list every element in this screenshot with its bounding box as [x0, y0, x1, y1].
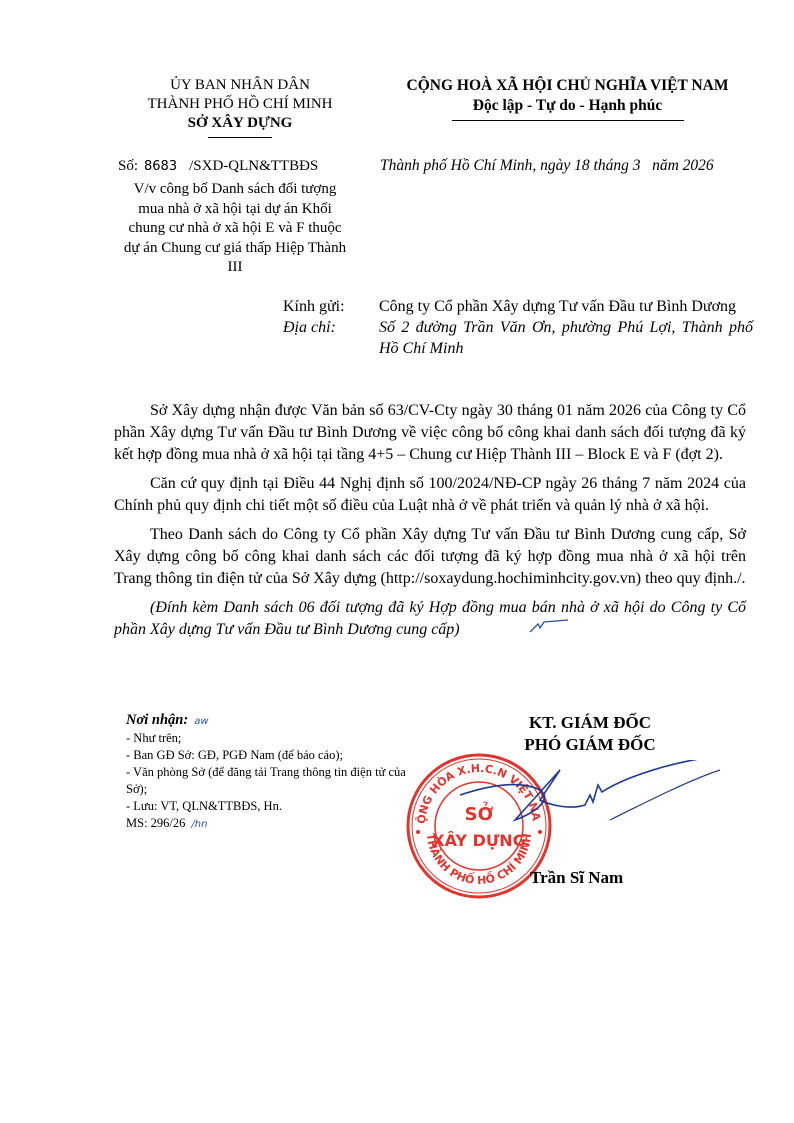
body-paragraph-2: Căn cứ quy định tại Điều 44 Nghị định số… — [114, 473, 746, 517]
distribution-item: - Văn phòng Sở (để đăng tải Trang thông … — [126, 764, 426, 798]
address-value: Số 2 đường Trần Văn Ơn, phường Phú Lợi, … — [379, 317, 753, 359]
national-motto: Độc lập - Tự do - Hạnh phúc — [375, 96, 760, 116]
signature-title: KT. GIÁM ĐỐC PHÓ GIÁM ĐỐC — [470, 712, 710, 756]
distribution-item: - Ban GĐ Sở: GĐ, PGĐ Nam (để báo cáo); — [126, 747, 426, 764]
issuer-line-1: ỦY BAN NHÂN DÂN — [110, 76, 370, 95]
document-subject: V/v công bố Danh sách đối tượng mua nhà … — [120, 180, 350, 278]
address-label: Địa chỉ: — [283, 317, 379, 359]
signature-line-1: KT. GIÁM ĐỐC — [470, 712, 710, 734]
national-title: CỘNG HOÀ XÃ HỘI CHỦ NGHĨA VIỆT NAM — [375, 76, 760, 96]
distribution-title: Nơi nhận: — [126, 712, 188, 728]
distribution-item: - Lưu: VT, QLN&TTBĐS, Hn. — [126, 798, 426, 815]
distribution-list: Nơi nhận:aw - Như trên; - Ban GĐ Sở: GĐ,… — [126, 712, 426, 833]
document-number: Số:8683/SXD-QLN&TTBĐS — [118, 158, 318, 175]
motto-underline — [452, 120, 684, 121]
doc-number-label: Số: — [118, 158, 138, 174]
national-header: CỘNG HOÀ XÃ HỘI CHỦ NGHĨA VIỆT NAM Độc l… — [375, 76, 760, 121]
handwritten-signature-icon — [460, 760, 720, 840]
to-label: Kính gửi: — [283, 296, 379, 317]
initials-mark-icon: /hn — [191, 819, 207, 830]
doc-number-value: 8683 — [144, 159, 177, 174]
date-line: Thành phố Hồ Chí Minh, ngày 18 tháng 3 n… — [380, 157, 714, 175]
recipient-block: Kính gửi: Công ty Cổ phần Xây dựng Tư vấ… — [283, 296, 753, 359]
body-paragraph-3: Theo Danh sách do Công ty Cổ phần Xây dự… — [114, 524, 746, 590]
body-paragraph-1: Sở Xây dựng nhận được Văn bản số 63/CV-C… — [114, 400, 746, 466]
issuer-department: SỞ XÂY DỰNG — [110, 114, 370, 133]
ms-code: MS: 296/26 — [126, 816, 185, 830]
document-body: Sở Xây dựng nhận được Văn bản số 63/CV-C… — [114, 400, 746, 648]
issuer-line-2: THÀNH PHỐ HỒ CHÍ MINH — [110, 95, 370, 114]
attachment-note: (Đính kèm Danh sách 06 đối tượng đã ký H… — [114, 597, 746, 641]
issuer-header: ỦY BAN NHÂN DÂN THÀNH PHỐ HỒ CHÍ MINH SỞ… — [110, 76, 370, 138]
doc-number-suffix: /SXD-QLN&TTBĐS — [189, 158, 318, 174]
to-value: Công ty Cổ phần Xây dựng Tư vấn Đầu tư B… — [379, 296, 753, 317]
distribution-item: - Như trên; — [126, 730, 426, 747]
signer-name: Trần Sĩ Nam — [530, 868, 623, 888]
issuer-underline — [208, 137, 272, 138]
initial-check-icon — [528, 618, 570, 634]
initials-mark-icon: aw — [194, 716, 208, 727]
